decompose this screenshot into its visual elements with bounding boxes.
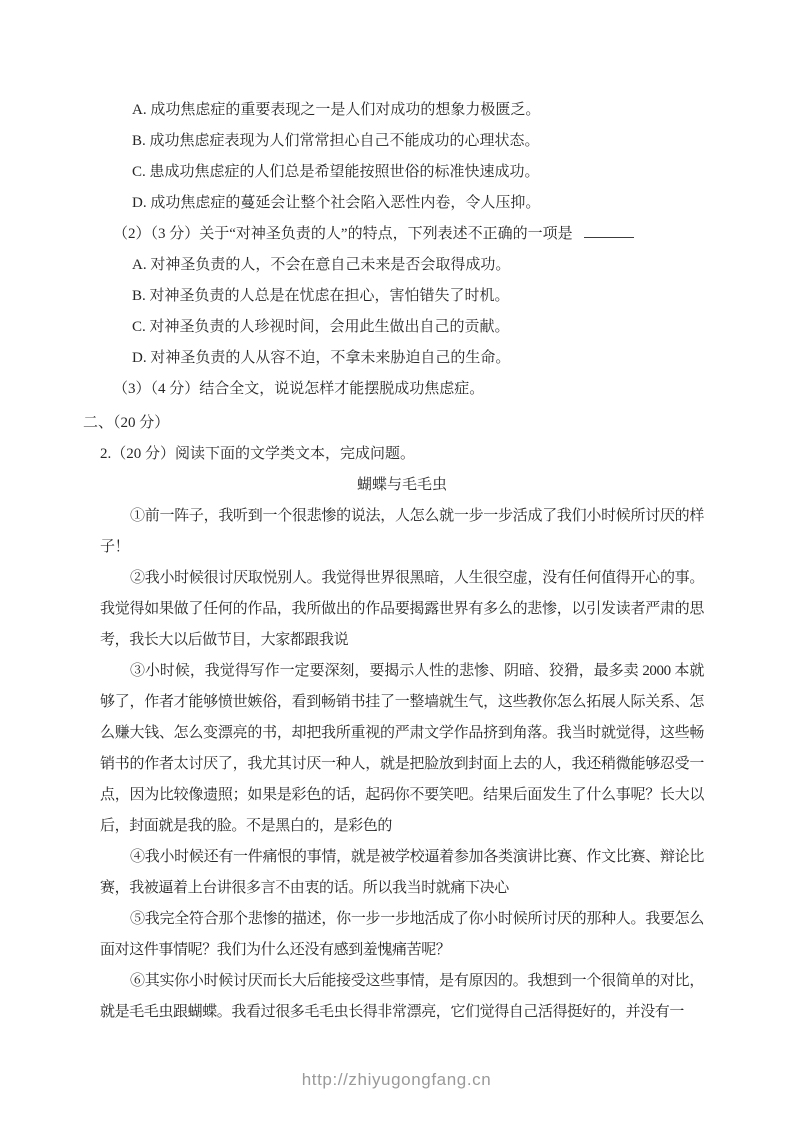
essay-paragraph-4: ④我小时候还有一件痛恨的事情，就是被学校逼着参加各类演讲比赛、作文比赛、辩论比赛… (100, 842, 704, 904)
q1-sub2-label: （2）（3 分）关于“对神圣负责的人”的特点，下列表述不正确的一项是 (113, 226, 573, 242)
q2-option-c: C. 对神圣负责的人珍视时间，会用此生做出自己的贡献。 (100, 312, 704, 343)
essay-paragraph-2: ②我小时候很讨厌取悦别人。我觉得世界很黑暗，人生很空虚，没有任何值得开心的事。我… (100, 563, 704, 656)
q1-option-b: B. 成功焦虑症表现为人们常常担心自己不能成功的心理状态。 (100, 126, 704, 157)
essay-paragraph-5: ⑤我完全符合那个悲惨的描述，你一步一步地活成了你小时候所讨厌的那种人。我要怎么面… (100, 904, 704, 966)
q2-option-d: D. 对神圣负责的人从容不迫，不拿未来胁迫自己的生命。 (100, 343, 704, 374)
section2-heading: 二、（20 分） (83, 408, 704, 439)
essay-title: 蝴蝶与毛毛虫 (100, 470, 704, 501)
essay-paragraph-1: ①前一阵子，我听到一个很悲惨的说法，人怎么就一步一步活成了我们小时候所讨厌的样子… (100, 501, 704, 563)
page-footer: http://zhiyugongfang.cn (0, 1070, 793, 1090)
answer-blank (584, 223, 634, 238)
q2-option-a: A. 对神圣负责的人，不会在意自己未来是否会取得成功。 (100, 250, 704, 281)
essay-paragraph-6: ⑥其实你小时候讨厌而长大后能接受这些事情，是有原因的。我想到一个很简单的对比，就… (100, 966, 704, 1028)
q2-option-b: B. 对神圣负责的人总是在忧虑在担心，害怕错失了时机。 (100, 281, 704, 312)
q1-option-c: C. 患成功焦虑症的人们总是希望能按照世俗的标准快速成功。 (100, 157, 704, 188)
q1-sub2: （2）（3 分）关于“对神圣负责的人”的特点，下列表述不正确的一项是 (100, 219, 704, 250)
footer-url: http://zhiyugongfang.cn (302, 1070, 492, 1089)
q1-sub3: （3）（4 分）结合全文，说说怎样才能摆脱成功焦虑症。 (100, 374, 704, 405)
q1-option-d: D. 成功焦虑症的蔓延会让整个社会陷入恶性内卷，令人压抑。 (100, 188, 704, 219)
essay-paragraph-3: ③小时候，我觉得写作一定要深刻，要揭示人性的悲惨、阴暗、狡猾，最多卖 2000 … (100, 656, 704, 842)
exam-content: A. 成功焦虑症的重要表现之一是人们对成功的想象力极匮乏。 B. 成功焦虑症表现… (0, 0, 793, 1090)
exam-page: A. 成功焦虑症的重要表现之一是人们对成功的想象力极匮乏。 B. 成功焦虑症表现… (0, 0, 793, 1122)
question2-intro: 2.（20 分）阅读下面的文学类文本，完成问题。 (100, 439, 704, 470)
q1-option-a: A. 成功焦虑症的重要表现之一是人们对成功的想象力极匮乏。 (100, 95, 704, 126)
